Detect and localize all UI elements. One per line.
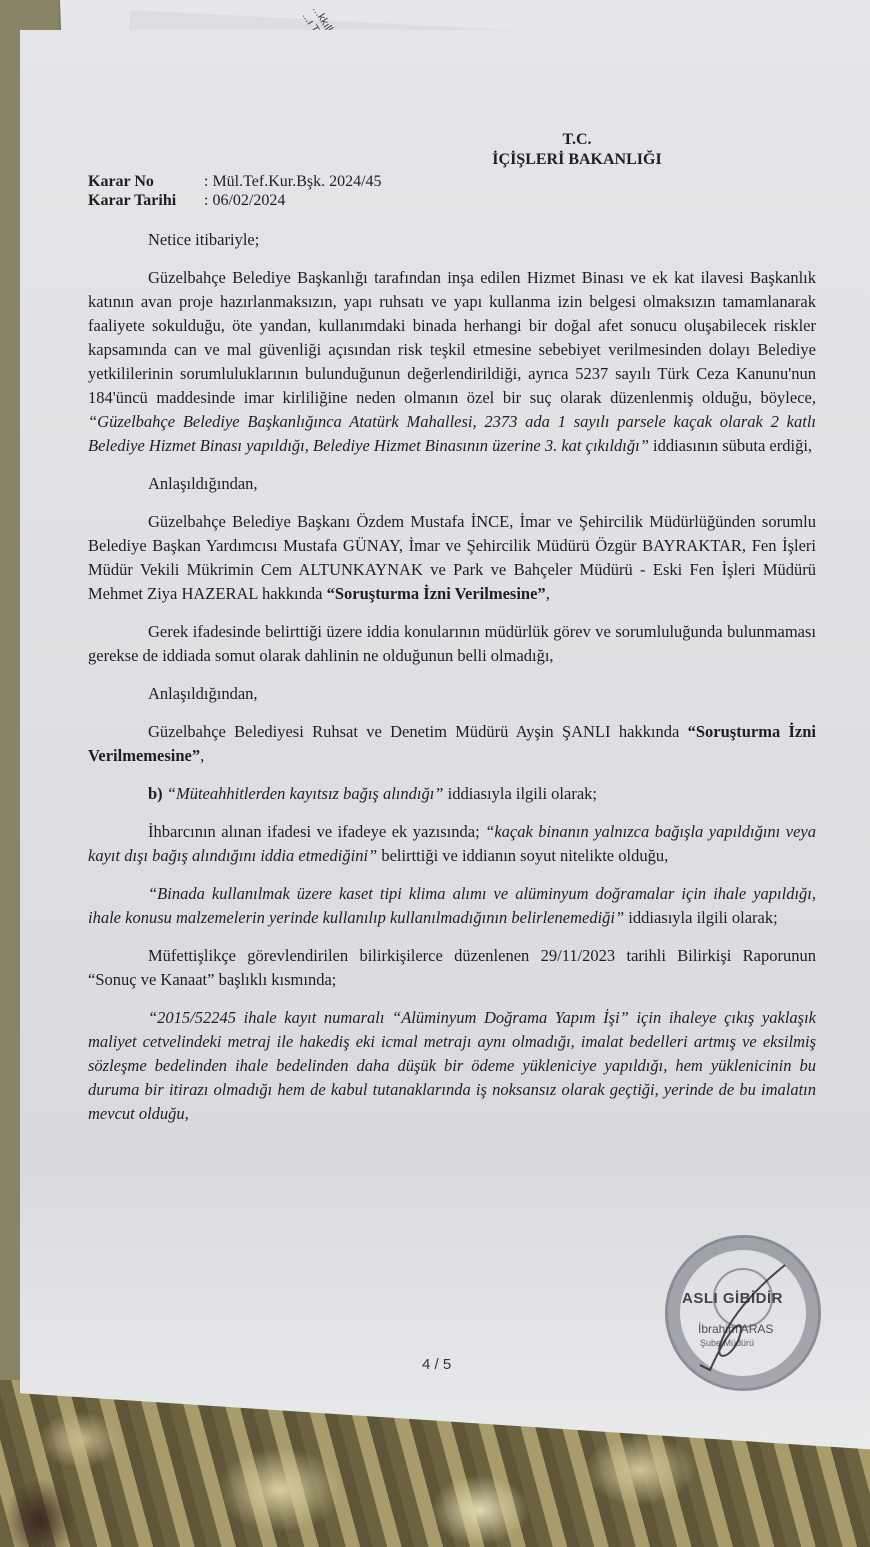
decision-meta: Karar No: Mül.Tef.Kur.Bşk. 2024/45 Karar… — [88, 172, 816, 210]
paragraph-tender-allegation: “Binada kullanılmak üzere kaset tipi kli… — [88, 882, 816, 930]
header-ministry: İÇİŞLERİ BAKANLIĞI — [338, 150, 816, 170]
paragraph-understood-2: Anlaşıldığından, — [88, 682, 816, 706]
decision-number-value: : Mül.Tef.Kur.Bşk. 2024/45 — [204, 173, 382, 190]
paragraph-investigation-permitted: Güzelbahçe Belediye Başkanı Özdem Mustaf… — [88, 510, 816, 606]
paragraph-allegation-b: b) “Müteahhitlerden kayıtsız bağış alınd… — [88, 782, 816, 806]
paragraph-building-findings: Güzelbahçe Belediye Başkanlığı tarafında… — [88, 266, 816, 458]
decision-number-label: Karar No — [88, 172, 204, 191]
paragraph-conclusion-intro: Netice itibariyle; — [88, 228, 816, 252]
paragraph-informant: İhbarcının alınan ifadesi ve ifadeye ek … — [88, 820, 816, 868]
page-number: 4 / 5 — [422, 1356, 451, 1373]
header-tc: T.C. — [338, 130, 816, 150]
paragraph-expert-report: Müfettişlikçe görevlendirilen bilirkişil… — [88, 944, 816, 992]
paragraph-investigation-denied: Güzelbahçe Belediyesi Ruhsat ve Denetim … — [88, 720, 816, 768]
signature-icon — [690, 1255, 800, 1375]
paragraph-statement: Gerek ifadesinde belirttiği üzere iddia … — [88, 620, 816, 668]
decision-date-value: : 06/02/2024 — [204, 192, 285, 209]
decision-date-row: Karar Tarihi: 06/02/2024 — [88, 191, 816, 210]
decision-number-row: Karar No: Mül.Tef.Kur.Bşk. 2024/45 — [88, 172, 816, 191]
document-content: T.C. İÇİŞLERİ BAKANLIĞI Karar No: Mül.Te… — [88, 130, 816, 1126]
document-header: T.C. İÇİŞLERİ BAKANLIĞI — [338, 130, 816, 170]
paragraph-understood-1: Anlaşıldığından, — [88, 472, 816, 496]
paragraph-report-quote: “2015/52245 ihale kayıt numaralı “Alümin… — [88, 1006, 816, 1126]
decision-date-label: Karar Tarihi — [88, 191, 204, 210]
